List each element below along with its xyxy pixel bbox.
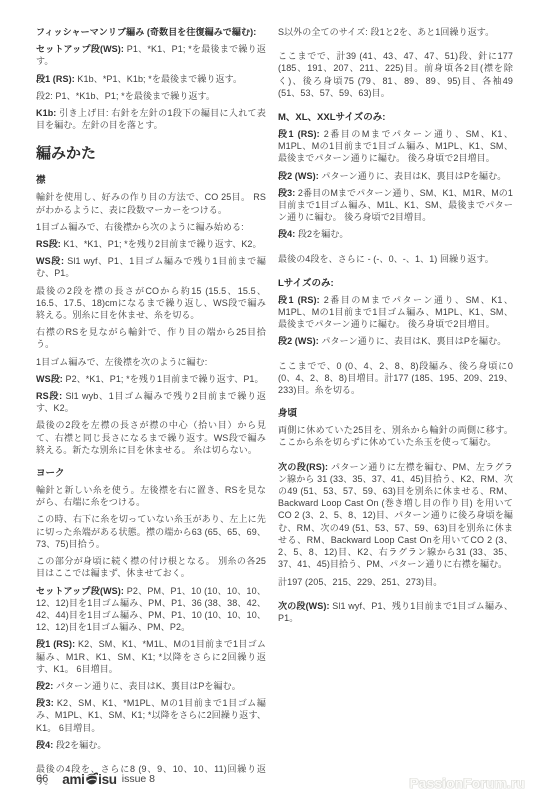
- mxlxxl-row4: 段4: 段2を編む。: [278, 228, 513, 240]
- yoke-pickup-note: この時、右下に糸を切っていない糸玉があり、左上に先に切った糸端がある状態。襟の端…: [36, 513, 266, 550]
- body-next-row-rs: 次の段(RS): パターン通りに左襟を編む、PM、左ラグラン線から 31 (33…: [278, 461, 513, 571]
- text-run: パターン通りに左襟を編む、PM、左ラグラン線から 31 (33、35、37、41…: [278, 462, 513, 570]
- text-run: 輪針と新しい糸を使う。左後襟を右に置き、RSを見ながら、右端に糸をつける。: [36, 485, 266, 507]
- right-column: S以外の全てのサイズ: 段1と2を、あと1回繰り返す。ここまでで、計39 (41…: [278, 26, 513, 792]
- text-run: 輪針を使用し、好みの作り目の方法で、CO 25目。 RSがわかるように、表に段数…: [36, 192, 266, 214]
- knitting-instructions-heading: 編みかた: [36, 144, 266, 163]
- text-run: 襟: [36, 175, 46, 186]
- text-run: M、XL、XXLサイズのみ:: [278, 112, 385, 123]
- step-label: 段2:: [36, 681, 56, 691]
- magazine-page: フィッシャーマンリブ編み (奇数目を往復編みで編む):セットアップ段(WS): …: [36, 26, 513, 792]
- body-heading: 身頃: [278, 407, 513, 420]
- text-run: ここまでで、計39 (41、43、47、47、51)段、針に177 (185、1…: [278, 51, 513, 98]
- step-label: 段4:: [36, 740, 56, 750]
- text-run: 右襟のRSを見ながら輪針で、作り目の端から25目拾う。: [36, 327, 266, 349]
- yoke-hold-note: この部分が身頃に続く襟の付け根となる。 別糸の各25目はここでは編まず、休ませて…: [36, 555, 266, 579]
- rib-row1: 段1 (RS): K1b、*P1、K1b; *を最後まで繰り返す。: [36, 73, 266, 85]
- text-run: ヨーク: [36, 468, 65, 479]
- step-label: フィッシャーマンリブ編み (奇数目を往復編みで編む):: [36, 27, 256, 37]
- yoke-row1: 段1 (RS): K2、SM、K1、*M1L、Mの1目前まで1目ゴム編み、M1R…: [36, 638, 266, 675]
- collar-repeat-note: 最後の2段を襟の長さがCOから約15 (15.5、15.5、16.5、17.5、…: [36, 285, 266, 322]
- yoke-setup-row: セットアップ段(WS): P2、PM、P1、10 (10、10、10、12、12…: [36, 585, 266, 634]
- text-run: パターン通りに、表目はK、裏目はPを編む。: [321, 336, 506, 346]
- amirisu-logo: ami isu issue 8: [62, 771, 155, 787]
- step-label: RS段:: [36, 391, 65, 401]
- text-run: 1目ゴム編みで、右後襟から次のように編み始める:: [36, 222, 244, 232]
- step-label: 段3:: [278, 188, 298, 198]
- left-collar-rs-row: RS段: Sl1 wyb、1目ゴム編みで残り2目前まで繰り返す、K2。: [36, 390, 266, 414]
- yoke-row4: 段4: 段2を編む。: [36, 739, 266, 751]
- page-footer: 66 ami isu issue 8: [36, 771, 155, 787]
- text-run: 段2を編む。: [56, 740, 107, 750]
- step-label: 段1 (RS):: [278, 295, 324, 305]
- step-label: WS段:: [36, 374, 66, 384]
- step-label: K1b:: [36, 108, 59, 118]
- step-label: 段1 (RS):: [36, 74, 77, 84]
- page-number: 66: [36, 773, 48, 785]
- body-total-count: 計197 (205、215、229、251、273)目。: [278, 576, 513, 588]
- collar-cast-on: 輪針を使用し、好みの作り目の方法で、CO 25目。 RSがわかるように、表に段数…: [36, 191, 266, 215]
- text-run: 両側に休めていた25目を、別糸から輪針の両側に移す。ここから糸を切らずに休めてい…: [278, 425, 513, 447]
- step-label: 次の段(RS):: [278, 462, 331, 472]
- yoke-setup-note: 輪針と新しい糸を使う。左後襟を右に置き、RSを見ながら、右端に糸をつける。: [36, 484, 266, 508]
- right-collar-pickup: 右襟のRSを見ながら輪針で、作り目の端から25目拾う。: [36, 326, 266, 350]
- step-label: 段1 (RS):: [278, 129, 324, 139]
- mxlxxl-row1: 段1 (RS): 2番目のMまでパターン通り、SM、K1、M1PL、Mの1目前ま…: [278, 128, 513, 165]
- text-run: Sl1 wyb、1目ゴム編みで残り2目前まで繰り返す、K2。: [36, 391, 266, 413]
- yoke-heading: ヨーク: [36, 467, 266, 480]
- left-collar-ws-row: WS段: P2、*K1、P1; *を残り1目前まで繰り返す、P1。: [36, 373, 266, 385]
- text-run: パターン通りに、表目はK、裏目はPを編む。: [56, 681, 241, 691]
- text-run: 編みかた: [36, 145, 96, 162]
- text-run: 段2を編む。: [298, 229, 349, 239]
- text-run: 引き上げ目: 右針を左針の1段下の編目に入れて表目を編む。左針の目を落とす。: [36, 108, 266, 130]
- step-label: セットアップ段(WS):: [36, 586, 127, 596]
- text-run: 最後の2段を襟の長さがCOから約15 (15.5、15.5、16.5、17.5、…: [36, 286, 266, 320]
- text-run: この時、右下に糸を切っていない糸玉があり、左上に先に切った糸端がある状態。襟の端…: [36, 514, 266, 548]
- collar-rs-row: RS段: K1、*K1、P1; *を残り2目前まで繰り返す、K2。: [36, 238, 266, 250]
- k1b-definition: K1b: 引き上げ目: 右針を左針の1段下の編目に入れて表目を編む。左針の目を落…: [36, 107, 266, 131]
- step-label: セットアップ段(WS):: [36, 44, 127, 54]
- body-next-row-ws: 次の段(WS): Sl1 wyf、P1、残り1目前まで1目ゴム編み、P1。: [278, 600, 513, 624]
- left-collar-repeat-note: 最後の2段を左襟の長さが襟の中心（拾い目）から見て、右襟と同じ長さになるまで繰り…: [36, 419, 266, 456]
- step-label: 段4:: [278, 229, 298, 239]
- step-label: 段1 (RS):: [36, 639, 78, 649]
- text-run: Sl1 wyf、P1、1目ゴム編みで残り1目前まで編む、P1。: [36, 256, 266, 278]
- left-collar-note: 1目ゴム編みで、左後襟を次のように編む:: [36, 356, 266, 368]
- text-run: 最後の4段を、さらに - (-、0、-、1、1) 回繰り返す。: [278, 254, 494, 264]
- collar-heading: 襟: [36, 174, 266, 187]
- text-run: 最後の2段を左襟の長さが襟の中心（拾い目）から見て、右襟と同じ長さになるまで繰り…: [36, 420, 266, 454]
- step-label: 段2 (WS):: [278, 336, 321, 346]
- step-label: RS段:: [36, 239, 64, 249]
- step-label: 次の段(WS):: [278, 601, 332, 611]
- text-run: Lサイズのみ:: [278, 278, 334, 289]
- watermark: PassionForum.ru: [409, 776, 525, 791]
- text-run: 1目ゴム編みで、左後襟を次のように編む:: [36, 357, 207, 367]
- yoke-row3: 段3: K2、SM、K1、*M1PL、Mの1目前まで1目ゴム編み、M1PL、K1…: [36, 697, 266, 734]
- text-run: S以外の全てのサイズ: 段1と2を、あと1回繰り返す。: [278, 27, 494, 37]
- collar-ws-row: WS段: Sl1 wyf、P1、1目ゴム編みで残り1目前まで編む、P1。: [36, 255, 266, 279]
- yarn-ball-icon: [86, 772, 98, 788]
- text-run: K1b、*P1、K1b; *を最後まで繰り返す。: [77, 74, 242, 84]
- text-run: この部分が身頃に続く襟の付け根となる。 別糸の各25目はここでは編まず、休ませて…: [36, 556, 266, 578]
- mxlxxl-row2: 段2 (WS): パターン通りに、表目はK、裏目はPを編む。: [278, 170, 513, 182]
- text-run: K2、SM、K1、*M1PL、Mの1目前まで1目ゴム編み、M1PL、K1、SM、…: [36, 698, 266, 732]
- issue-label: issue 8: [122, 773, 155, 785]
- text-run: P2、*K1、P1; *を残り1目前まで繰り返す、P1。: [66, 374, 264, 384]
- text-run: ここまでで、0 (0、4、2、8、8)段編み、後ろ身頃に0 (0、4、2、8、8…: [278, 361, 513, 395]
- yoke-row2: 段2: パターン通りに、表目はK、裏目はPを編む。: [36, 680, 266, 692]
- text-run: 計197 (205、215、229、251、273)目。: [278, 577, 442, 587]
- text-run: 2番目のMまでパターン通り、SM、K1、M1R、Mの1目前まで1目ゴム編み、M1…: [278, 188, 513, 222]
- mxlxxl-row3: 段3: 2番目のMまでパターン通り、SM、K1、M1R、Mの1目前まで1目ゴム編…: [278, 187, 513, 224]
- l-row2: 段2 (WS): パターン通りに、表目はK、裏目はPを編む。: [278, 335, 513, 347]
- size-l-heading: Lサイズのみ:: [278, 277, 513, 290]
- text-run: 身頃: [278, 408, 297, 419]
- fisherman-rib-title: フィッシャーマンリブ編み (奇数目を往復編みで編む):: [36, 26, 266, 38]
- all-sizes-except-s: S以外の全てのサイズ: 段1と2を、あと1回繰り返す。: [278, 26, 513, 38]
- left-column: フィッシャーマンリブ編み (奇数目を往復編みで編む):セットアップ段(WS): …: [36, 26, 266, 792]
- step-label: WS段:: [36, 256, 67, 266]
- body-transfer-note: 両側に休めていた25目を、別糸から輪針の両側に移す。ここから糸を切らずに休めてい…: [278, 424, 513, 448]
- l-summary: ここまでで、0 (0、4、2、8、8)段編み、後ろ身頃に0 (0、4、2、8、8…: [278, 360, 513, 397]
- text-run: パターン通りに、表目はK、裏目はPを編む。: [321, 171, 506, 181]
- rib-row2: 段2: P1、*K1b、P1; *を最後まで繰り返す。: [36, 90, 266, 102]
- stitch-count-summary: ここまでで、計39 (41、43、47、47、51)段、針に177 (185、1…: [278, 50, 513, 99]
- mxlxxl-repeat-note: 最後の4段を、さらに - (-、0、-、1、1) 回繰り返す。: [278, 253, 513, 265]
- logo-text-isu: isu: [98, 772, 117, 787]
- size-m-xl-xxl-heading: M、XL、XXLサイズのみ:: [278, 111, 513, 124]
- rib-setup-row: セットアップ段(WS): P1、*K1、P1; *を最後まで繰り返す。: [36, 43, 266, 67]
- collar-start-note: 1目ゴム編みで、右後襟から次のように編み始める:: [36, 221, 266, 233]
- logo-text-ami: ami: [62, 772, 84, 787]
- text-run: 段2: P1、*K1b、P1; *を最後まで繰り返す。: [36, 91, 215, 101]
- step-label: 段2 (WS):: [278, 171, 321, 181]
- l-row1: 段1 (RS): 2番目のMまでパターン通り、SM、K1、M1PL、Mの1目前ま…: [278, 294, 513, 331]
- step-label: 段3:: [36, 698, 57, 708]
- text-run: K1、*K1、P1; *を残り2目前まで繰り返す、K2。: [64, 239, 262, 249]
